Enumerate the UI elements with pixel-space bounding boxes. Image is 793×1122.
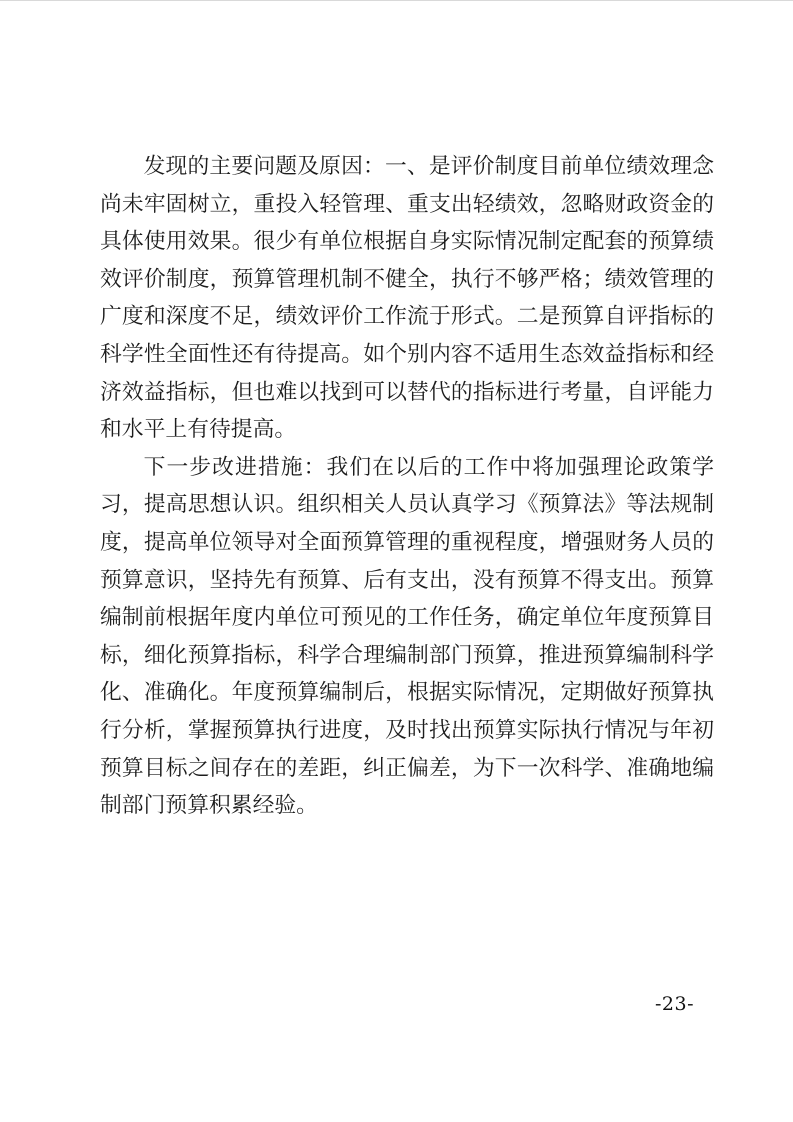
page-number: -23- [655, 993, 694, 1015]
document-body: 发现的主要问题及原因：一、是评价制度目前单位绩效理念尚未牢固树立，重投入轻管理、… [100, 148, 714, 825]
page-top-edge [0, 0, 793, 1]
document-page: { "document": { "paragraphs": [ { "text"… [0, 0, 793, 1122]
paragraph-improvement-measures: 下一步改进措施：我们在以后的工作中将加强理论政策学习，提高思想认识。组织相关人员… [100, 449, 714, 825]
paragraph-problems-and-causes: 发现的主要问题及原因：一、是评价制度目前单位绩效理念尚未牢固树立，重投入轻管理、… [100, 148, 714, 449]
